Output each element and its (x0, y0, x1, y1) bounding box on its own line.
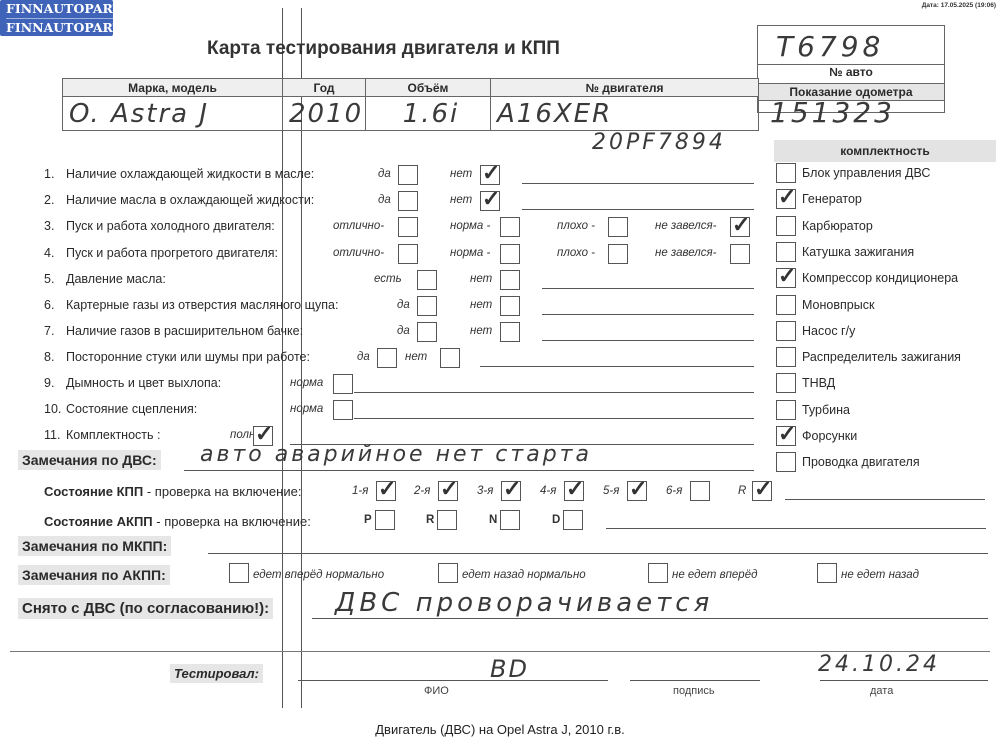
checkbox[interactable] (398, 191, 418, 211)
checkbox[interactable] (776, 163, 796, 183)
checkbox[interactable] (776, 242, 796, 262)
volume-value[interactable]: 1.6i (366, 97, 491, 131)
check-label: Состояние сцепления: (66, 402, 197, 416)
checkbox[interactable] (776, 295, 796, 315)
checkbox[interactable] (333, 374, 353, 394)
gear-label: R (738, 485, 746, 497)
completeness-item[interactable]: Катушка зажигания (776, 242, 914, 262)
vehicle-header-table: Марка, модель Год Объём № двигателя O. A… (62, 78, 759, 131)
remarks-manual-line[interactable] (208, 553, 988, 554)
check-number: 9. (44, 376, 66, 390)
option-label: есть (374, 273, 402, 285)
gear-checkbox[interactable] (501, 481, 521, 501)
check-row: 8.Посторонние стуки или шумы при работе: (44, 350, 310, 364)
completeness-item-label: Насос г/у (802, 324, 855, 338)
option-label: нет (470, 273, 492, 285)
gear-checkbox[interactable] (564, 481, 584, 501)
option-label: да (397, 299, 410, 311)
checkbox[interactable] (333, 400, 353, 420)
checkbox[interactable] (730, 244, 750, 264)
auto-gearbox-label-rest: - проверка на включение: (153, 514, 311, 529)
odometer-value[interactable]: 151323 (770, 96, 895, 129)
checkbox[interactable] (417, 296, 437, 316)
check-row: 10.Состояние сцепления: (44, 402, 197, 416)
auto-gearbox-line (606, 528, 986, 529)
watermark-logo: FINNAUTOPARTS FINNAUTOPARTS (0, 0, 113, 36)
check-label: Давление масла: (66, 272, 166, 286)
completeness-item[interactable]: Форсунки (776, 426, 857, 446)
completeness-item-label: Катушка зажигания (802, 245, 914, 259)
removed-value[interactable]: ДВС проворачивается (335, 588, 713, 618)
gear-checkbox[interactable] (627, 481, 647, 501)
gear-checkbox[interactable] (752, 481, 772, 501)
checkbox[interactable] (377, 348, 397, 368)
option-label: нет (405, 351, 427, 363)
check-label: Пуск и работа холодного двигателя: (66, 219, 275, 233)
completeness-item-label: ТНВД (802, 376, 835, 390)
notes-line[interactable] (522, 183, 754, 184)
checkbox[interactable] (776, 426, 796, 446)
position-label: N (489, 514, 497, 526)
auto-number-label: № авто (758, 64, 944, 82)
completeness-item[interactable]: Распределитель зажигания (776, 347, 961, 367)
signature-caption: подпись (673, 685, 715, 697)
completeness-item[interactable]: Турбина (776, 400, 850, 420)
gear-label: 1-я (352, 485, 368, 497)
gear-label: 4-я (540, 485, 556, 497)
position-checkbox[interactable] (375, 510, 395, 530)
checkbox[interactable] (480, 165, 500, 185)
gear-label: 5-я (603, 485, 619, 497)
remarks-manual-label: Замечания по МКПП: (18, 536, 171, 556)
tested-date[interactable]: 24.10.24 (818, 652, 940, 677)
akpp-option-label: едет назад нормально (462, 569, 586, 581)
check-number: 3. (44, 219, 66, 233)
remarks-engine-line (184, 470, 754, 471)
completeness-item-label: Проводка двигателя (802, 455, 920, 469)
removed-label: Снято с ДВС (по согласованию!): (18, 598, 273, 619)
checkbox[interactable] (500, 244, 520, 264)
option-label: да (397, 325, 410, 337)
check-row: 2.Наличие масла в охлаждающей жидкости: (44, 193, 314, 207)
manual-gearbox-label-bold: Состояние КПП (44, 484, 143, 499)
option-label: плохо - (557, 247, 595, 259)
checkbox[interactable] (500, 270, 520, 290)
checkbox[interactable] (776, 321, 796, 341)
notes-line[interactable] (542, 314, 754, 315)
col-engine-number: № двигателя (491, 79, 759, 97)
check-number: 7. (44, 324, 66, 338)
notes-line[interactable] (522, 209, 754, 210)
engine-number-extra: 20PF7894 (592, 130, 726, 155)
checkbox[interactable] (417, 322, 437, 342)
date-caption: дата (870, 685, 893, 697)
check-label: Посторонние стуки или шумы при работе: (66, 350, 310, 364)
notes-line[interactable] (354, 418, 754, 419)
completeness-item-label: Блок управления ДВС (802, 166, 930, 180)
position-checkbox[interactable] (563, 510, 583, 530)
completeness-item[interactable]: Блок управления ДВС (776, 163, 930, 183)
col-year: Год (283, 79, 366, 97)
gear-label: 3-я (477, 485, 493, 497)
watermark-line-2: FINNAUTOPARTS (6, 18, 113, 36)
check-number: 1. (44, 167, 66, 181)
check-row: 3.Пуск и работа холодного двигателя: (44, 219, 275, 233)
check-label: Наличие масла в охлаждающей жидкости: (66, 193, 314, 207)
manual-gearbox-line (785, 499, 985, 500)
checkbox[interactable] (398, 244, 418, 264)
completeness-item[interactable]: Компрессор кондиционера (776, 268, 958, 288)
check-row: 6.Картерные газы из отверстия масляного … (44, 298, 338, 312)
check-number: 8. (44, 350, 66, 364)
option-label: норма - (450, 247, 490, 259)
completeness-item-label: Генератор (802, 192, 862, 206)
position-label: R (426, 514, 434, 526)
removed-line (312, 618, 988, 619)
completeness-item-label: Компрессор кондиционера (802, 271, 958, 285)
notes-line[interactable] (542, 288, 754, 289)
gear-checkbox[interactable] (376, 481, 396, 501)
signature-line[interactable] (630, 680, 760, 681)
col-make-model: Марка, модель (63, 79, 283, 97)
notes-line[interactable] (542, 340, 754, 341)
gear-checkbox[interactable] (690, 481, 710, 501)
check-row: 5.Давление масла: (44, 272, 166, 286)
check-row: 7.Наличие газов в расширительном бачке: (44, 324, 303, 338)
akpp-option-checkbox[interactable] (817, 563, 837, 583)
checkbox[interactable] (730, 217, 750, 237)
completeness-item-label: Форсунки (802, 429, 857, 443)
notes-line[interactable] (354, 392, 754, 393)
gear-checkbox[interactable] (438, 481, 458, 501)
position-checkbox[interactable] (437, 510, 457, 530)
akpp-option-label: не едет назад (841, 569, 919, 581)
manual-gearbox-label: Состояние КПП - проверка на включение: (44, 484, 301, 499)
checkbox[interactable] (776, 216, 796, 236)
completeness-item[interactable]: Генератор (776, 189, 862, 209)
checkbox[interactable] (398, 217, 418, 237)
remarks-auto-label: Замечания по АКПП: (18, 565, 170, 585)
completeness-item-label: Турбина (802, 403, 850, 417)
option-label: отлично- (333, 220, 384, 232)
check-label: Пуск и работа прогретого двигателя: (66, 246, 278, 260)
name-caption: ФИО (424, 685, 449, 697)
checkbox[interactable] (776, 189, 796, 209)
completeness-item-label: Моновпрыск (802, 298, 874, 312)
date-stamp: Дата: 17.05.2025 (19:06) (922, 2, 996, 9)
completeness-header: комплектность (774, 140, 996, 162)
checkbox[interactable] (500, 296, 520, 316)
position-label: D (552, 514, 560, 526)
checkbox[interactable] (776, 452, 796, 472)
check-number: 10. (44, 402, 66, 416)
check-number: 5. (44, 272, 66, 286)
check-row: 4.Пуск и работа прогретого двигателя: (44, 246, 278, 260)
form-title: Карта тестирования двигателя и КПП (207, 38, 560, 60)
check-number: 4. (44, 246, 66, 260)
option-label: да (357, 351, 370, 363)
checkbox[interactable] (480, 191, 500, 211)
akpp-option-label: не едет вперёд (672, 569, 757, 581)
completeness-item[interactable]: Насос г/у (776, 321, 855, 341)
checkbox[interactable] (500, 217, 520, 237)
year-value[interactable]: 2010 (283, 97, 366, 131)
checkbox[interactable] (500, 322, 520, 342)
option-label: нет (470, 299, 492, 311)
completeness-item[interactable]: Проводка двигателя (776, 452, 920, 472)
col-volume: Объём (366, 79, 491, 97)
tested-by-label: Тестировал: (170, 664, 263, 683)
option-label: норма (290, 377, 323, 389)
option-label: отлично- (333, 247, 384, 259)
option-label: да (378, 194, 391, 206)
watermark-line-1: FINNAUTOPARTS (6, 0, 113, 18)
option-label: нет (470, 325, 492, 337)
option-label: норма - (450, 220, 490, 232)
check-number: 11. (44, 428, 66, 442)
akpp-option-label: едет вперёд нормально (253, 569, 384, 581)
akpp-option-checkbox[interactable] (229, 563, 249, 583)
option-label: да (378, 168, 391, 180)
auto-number-value: T6798 (776, 30, 884, 63)
completeness-item-label: Карбюратор (802, 219, 873, 233)
check-row: 11.Комплектность : (44, 428, 160, 442)
notes-line[interactable] (480, 366, 754, 367)
auto-gearbox-label: Состояние АКПП - проверка на включение: (44, 514, 311, 529)
date-line (820, 680, 988, 681)
check-label: Наличие газов в расширительном бачке: (66, 324, 303, 338)
checkbox[interactable] (776, 373, 796, 393)
check-row: 1.Наличие охлаждающей жидкости в масле: (44, 167, 314, 181)
check-number: 6. (44, 298, 66, 312)
tested-by-name[interactable]: BD (490, 655, 529, 683)
image-caption: Двигатель (ДВС) на Opel Astra J, 2010 г.… (0, 722, 1000, 737)
checkbox[interactable] (608, 217, 628, 237)
option-label: не завелся- (655, 220, 717, 232)
option-label: не завелся- (655, 247, 717, 259)
check-label: Дымность и цвет выхлопа: (66, 376, 221, 390)
check-label: Наличие охлаждающей жидкости в масле: (66, 167, 314, 181)
manual-gearbox-label-rest: - проверка на включение: (143, 484, 301, 499)
checkbox[interactable] (417, 270, 437, 290)
checkbox[interactable] (776, 268, 796, 288)
option-label: норма (290, 403, 323, 415)
position-label: P (364, 514, 372, 526)
remarks-engine-value[interactable]: авто аварийное нет старта (200, 442, 592, 467)
remarks-engine-label: Замечания по ДВС: (18, 450, 161, 470)
akpp-option-checkbox[interactable] (648, 563, 668, 583)
check-number: 2. (44, 193, 66, 207)
option-label: нет (450, 168, 472, 180)
checkbox[interactable] (398, 165, 418, 185)
auto-gearbox-label-bold: Состояние АКПП (44, 514, 153, 529)
name-line (298, 680, 608, 681)
akpp-option-checkbox[interactable] (438, 563, 458, 583)
checkbox[interactable] (776, 400, 796, 420)
completeness-item[interactable]: ТНВД (776, 373, 835, 393)
option-label: нет (450, 194, 472, 206)
gear-label: 6-я (666, 485, 682, 497)
engine-number-value[interactable]: A16XER (491, 97, 759, 131)
position-checkbox[interactable] (500, 510, 520, 530)
check-label: Комплектность : (66, 428, 160, 442)
checkbox[interactable] (608, 244, 628, 264)
checkbox[interactable] (440, 348, 460, 368)
checkbox[interactable] (776, 347, 796, 367)
check-label: Картерные газы из отверстия масляного щу… (66, 298, 338, 312)
completeness-item[interactable]: Моновпрыск (776, 295, 874, 315)
check-row: 9.Дымность и цвет выхлопа: (44, 376, 221, 390)
completeness-item-label: Распределитель зажигания (802, 350, 961, 364)
make-model-value[interactable]: O. Astra J (63, 97, 283, 131)
gear-label: 2-я (414, 485, 430, 497)
option-label: плохо - (557, 220, 595, 232)
completeness-item[interactable]: Карбюратор (776, 216, 873, 236)
